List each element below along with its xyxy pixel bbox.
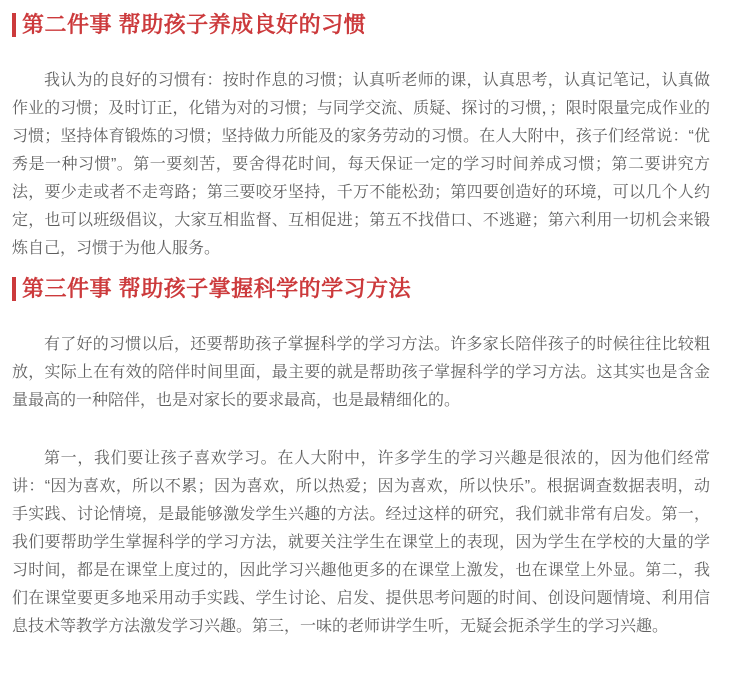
paragraph-learning-methods-intro: 有了好的习惯以后，还要帮助孩子掌握科学的学习方法。许多家长陪伴孩子的时候往往比较…: [12, 331, 710, 415]
section-heading-text: 第二件事 帮助孩子养成良好的习惯: [22, 12, 366, 37]
section-heading-learning-methods: 第三件事 帮助孩子掌握科学的学习方法: [12, 277, 710, 301]
section-heading-text: 第三件事 帮助孩子掌握科学的学习方法: [22, 276, 411, 301]
section-heading-good-habits: 第二件事 帮助孩子养成良好的习惯: [12, 13, 710, 37]
article-body: 第二件事 帮助孩子养成良好的习惯 我认为的良好的习惯有：按时作息的习惯；认真听老…: [0, 0, 738, 676]
section-learning-methods: 第三件事 帮助孩子掌握科学的学习方法 有了好的习惯以后，还要帮助孩子掌握科学的学…: [12, 277, 710, 641]
paragraph-learning-methods-detail: 第一，我们要让孩子喜欢学习。在人大附中，许多学生的学习兴趣是很浓的，因为他们经常…: [12, 445, 710, 641]
paragraph-good-habits: 我认为的良好的习惯有：按时作息的习惯；认真听老师的课，认真思考，认真记笔记，认真…: [12, 67, 710, 263]
section-good-habits: 第二件事 帮助孩子养成良好的习惯 我认为的良好的习惯有：按时作息的习惯；认真听老…: [12, 13, 710, 263]
